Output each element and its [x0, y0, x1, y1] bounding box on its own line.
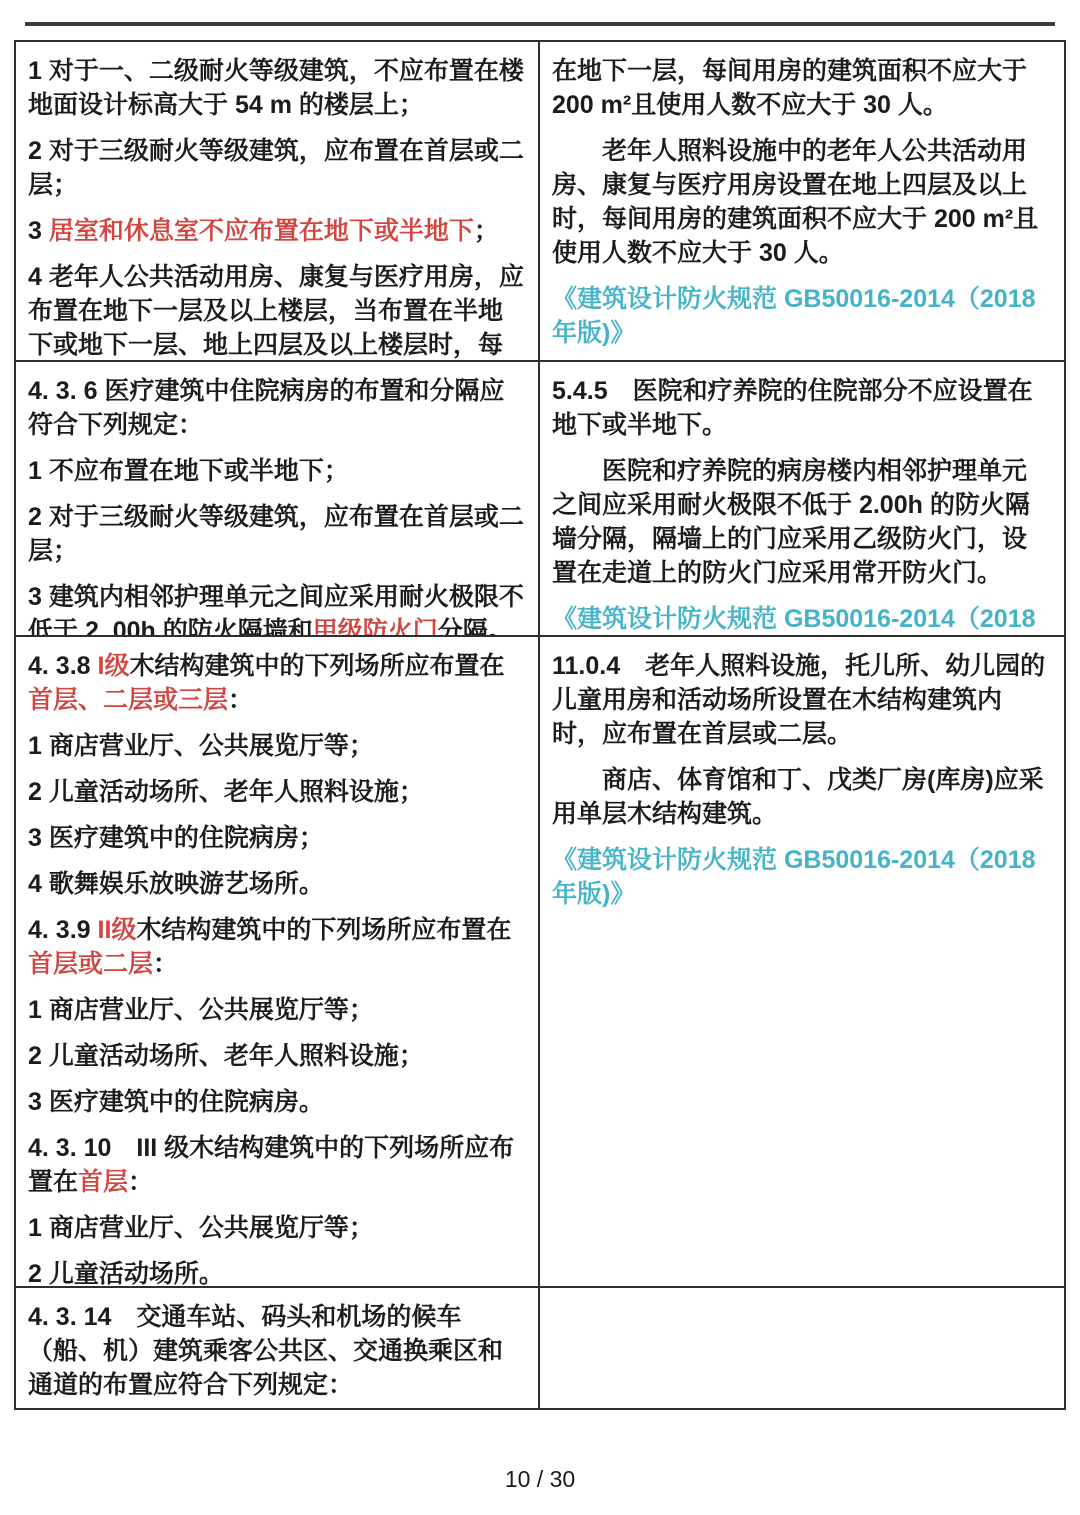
text-run: 2 对于三级耐火等级建筑，应布置在首层或二层；	[28, 137, 524, 199]
paragraph: 老年人照料设施中的老年人公共活动用房、康复与医疗用房设置在地上四层及以上时，每间…	[552, 134, 1050, 270]
text-run: 《建筑设计防火规范 GB50016-2014（2018 年版)》	[552, 285, 1036, 347]
text-run: 4. 3.8	[28, 652, 98, 680]
text-run: 老年人照料设施中的老年人公共活动用房、康复与医疗用房设置在地上四层及以上时，每间…	[552, 137, 1038, 267]
paragraph: 商店、体育馆和丁、戊类厂房(库房)应采用单层木结构建筑。	[552, 763, 1050, 831]
paragraph: 3 居室和休息室不应布置在地下或半地下；	[28, 214, 524, 248]
text-run: 11.0.4 老年人照料设施，托儿所、幼儿园的儿童用房和活动场所设置在木结构建筑…	[552, 652, 1045, 748]
text-run: I级	[98, 652, 130, 680]
text-run: 5.4.5 医院和疗养院的住院部分不应设置在地下或半地下。	[552, 377, 1033, 439]
table-cell-right: 在地下一层，每间用房的建筑面积不应大于 200 m²且使用人数不应大于 30 人…	[540, 42, 1064, 360]
paragraph: 在地下一层，每间用房的建筑面积不应大于 200 m²且使用人数不应大于 30 人…	[552, 54, 1050, 122]
paragraph: 2 对于三级耐火等级建筑，应布置在首层或二层；	[28, 500, 524, 568]
text-run: 商店、体育馆和丁、戊类厂房(库房)应采用单层木结构建筑。	[552, 766, 1044, 828]
paragraph: 3 医疗建筑中的住院病房；	[28, 821, 524, 855]
table-cell-left: 1 对于一、二级耐火等级建筑，不应布置在楼地面设计标高大于 54 m 的楼层上；…	[16, 42, 540, 360]
paragraph: 3 建筑内相邻护理单元之间应采用耐火极限不低于 2. 00h 的防火隔墙和甲级防…	[28, 580, 524, 635]
table-cell-left: 4. 3. 14 交通车站、码头和机场的候车（船、机）建筑乘客公共区、交通换乘区…	[16, 1288, 540, 1408]
code-reference: 《建筑设计防火规范 GB50016-2014（2018 年版)》	[552, 843, 1050, 911]
text-run: 木结构建筑中的下列场所应布置在	[136, 916, 511, 944]
table-cell-left: 4. 3.8 I级木结构建筑中的下列场所应布置在首层、二层或三层：1 商店营业厅…	[16, 637, 540, 1286]
table-cell-right: 11.0.4 老年人照料设施，托儿所、幼儿园的儿童用房和活动场所设置在木结构建筑…	[540, 637, 1064, 1286]
paragraph: 2 儿童活动场所、老年人照料设施；	[28, 775, 524, 809]
text-run: 首层	[78, 1168, 128, 1196]
paragraph: 4 歌舞娱乐放映游艺场所。	[28, 867, 524, 901]
paragraph: 4. 3. 10 III 级木结构建筑中的下列场所应布置在首层：	[28, 1131, 524, 1199]
text-run: 4. 3.9	[28, 916, 98, 944]
text-run: 居室和休息室不应布置在地下或半地下	[49, 217, 474, 245]
paragraph: 4. 3.9 II级木结构建筑中的下列场所应布置在首层或二层：	[28, 913, 524, 981]
code-reference: 《建筑设计防火规范 GB50016-2014（2018 年版)》	[552, 282, 1050, 350]
text-run: 2 儿童活动场所、老年人照料设施；	[28, 1042, 424, 1070]
text-run: II级	[98, 916, 137, 944]
text-run: 1 对于一、二级耐火等级建筑，不应布置在楼地面设计标高大于 54 m 的楼层上；	[28, 57, 524, 119]
table-cell-left: 4. 3. 6 医疗建筑中住院病房的布置和分隔应符合下列规定：1 不应布置在地下…	[16, 362, 540, 635]
paragraph: 1 对于一、二级耐火等级建筑，不应布置在楼地面设计标高大于 54 m 的楼层上；	[28, 54, 524, 122]
code-reference: 《建筑设计防火规范 GB50016-2014（2018 年版)》	[552, 602, 1050, 635]
top-rule	[25, 22, 1055, 26]
text-run: 1 不应布置在地下或半地下；	[28, 457, 349, 485]
text-run: 木结构建筑中的下列场所应布置在	[129, 652, 504, 680]
paragraph: 11.0.4 老年人照料设施，托儿所、幼儿园的儿童用房和活动场所设置在木结构建筑…	[552, 649, 1050, 751]
text-run: 4 老年人公共活动用房、康复与医疗用房，应布置在地下一层及以上楼层，当布置在半地…	[28, 263, 524, 360]
table-row: 4. 3. 6 医疗建筑中住院病房的布置和分隔应符合下列规定：1 不应布置在地下…	[16, 360, 1064, 635]
paragraph: 1 商店营业厅、公共展览厅等；	[28, 993, 524, 1027]
paragraph: 4. 3. 6 医疗建筑中住院病房的布置和分隔应符合下列规定：	[28, 374, 524, 442]
text-run: 医院和疗养院的病房楼内相邻护理单元之间应采用耐火极限不低于 2.00h 的防火隔…	[552, 457, 1030, 587]
paragraph: 3 医疗建筑中的住院病房。	[28, 1085, 524, 1119]
text-run: 4. 3. 14 交通车站、码头和机场的候车（船、机）建筑乘客公共区、交通换乘区…	[28, 1303, 503, 1399]
paragraph: 2 对于三级耐火等级建筑，应布置在首层或二层；	[28, 134, 524, 202]
paragraph: 2 儿童活动场所。	[28, 1257, 524, 1286]
paragraph: 4. 3.8 I级木结构建筑中的下列场所应布置在首层、二层或三层：	[28, 649, 524, 717]
text-run: 3 医疗建筑中的住院病房；	[28, 824, 324, 852]
text-run: 《建筑设计防火规范 GB50016-2014（2018 年版)》	[552, 605, 1036, 635]
table-cell-right: 5.4.5 医院和疗养院的住院部分不应设置在地下或半地下。医院和疗养院的病房楼内…	[540, 362, 1064, 635]
table-row: 4. 3.8 I级木结构建筑中的下列场所应布置在首层、二层或三层：1 商店营业厅…	[16, 635, 1064, 1286]
text-run: 首层、二层或三层	[28, 686, 228, 714]
text-run: 甲级防火门	[313, 617, 438, 635]
text-run: ：	[153, 950, 178, 978]
paragraph: 1 不应布置在地下或半地下；	[28, 454, 524, 488]
text-run: ；	[474, 217, 499, 245]
paragraph: 1 商店营业厅、公共展览厅等；	[28, 1211, 524, 1245]
text-run: 2 儿童活动场所、老年人照料设施；	[28, 778, 424, 806]
paragraph: 医院和疗养院的病房楼内相邻护理单元之间应采用耐火极限不低于 2.00h 的防火隔…	[552, 454, 1050, 590]
rules-table: 1 对于一、二级耐火等级建筑，不应布置在楼地面设计标高大于 54 m 的楼层上；…	[14, 40, 1066, 1410]
text-run: 3	[28, 217, 49, 245]
text-run: 《建筑设计防火规范 GB50016-2014（2018 年版)》	[552, 846, 1036, 908]
text-run: 1 商店营业厅、公共展览厅等；	[28, 996, 374, 1024]
text-run: 1 商店营业厅、公共展览厅等；	[28, 732, 374, 760]
paragraph: 5.4.5 医院和疗养院的住院部分不应设置在地下或半地下。	[552, 374, 1050, 442]
text-run: 4. 3. 6 医疗建筑中住院病房的布置和分隔应符合下列规定：	[28, 377, 504, 439]
table-row: 1 对于一、二级耐火等级建筑，不应布置在楼地面设计标高大于 54 m 的楼层上；…	[16, 42, 1064, 360]
text-run: ：	[228, 686, 253, 714]
text-run: 分隔。	[438, 617, 513, 635]
paragraph: 1 商店营业厅、公共展览厅等；	[28, 729, 524, 763]
page-number: 10 / 30	[0, 1466, 1080, 1493]
table-cell-right	[540, 1288, 1064, 1408]
paragraph: 2 儿童活动场所、老年人照料设施；	[28, 1039, 524, 1073]
paragraph: 4 老年人公共活动用房、康复与医疗用房，应布置在地下一层及以上楼层，当布置在半地…	[28, 260, 524, 360]
text-run: ：	[128, 1168, 153, 1196]
text-run: 1 商店营业厅、公共展览厅等；	[28, 1214, 374, 1242]
text-run: 4 歌舞娱乐放映游艺场所。	[28, 870, 324, 898]
text-run: 2 对于三级耐火等级建筑，应布置在首层或二层；	[28, 503, 524, 565]
text-run: 3 医疗建筑中的住院病房。	[28, 1088, 324, 1116]
text-run: 2 儿童活动场所。	[28, 1260, 224, 1286]
text-run: 在地下一层，每间用房的建筑面积不应大于 200 m²且使用人数不应大于 30 人…	[552, 57, 1027, 119]
paragraph: 4. 3. 14 交通车站、码头和机场的候车（船、机）建筑乘客公共区、交通换乘区…	[28, 1300, 524, 1402]
text-run: 首层或二层	[28, 950, 153, 978]
table-row: 4. 3. 14 交通车站、码头和机场的候车（船、机）建筑乘客公共区、交通换乘区…	[16, 1286, 1064, 1408]
